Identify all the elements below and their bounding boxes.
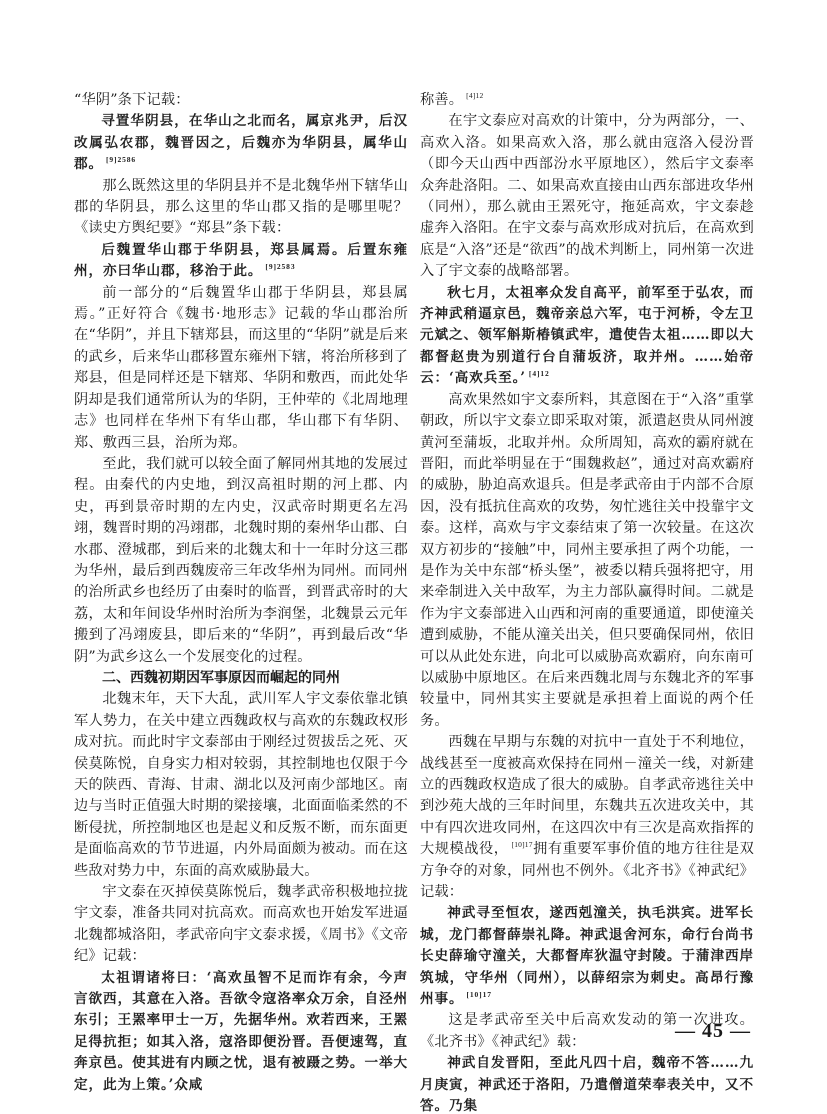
paragraph: 高欢果然如宇文泰所料，其意图在于“入洛”重掌朝政，所以宇文泰立即采取对策，派遣赵… <box>420 390 754 733</box>
block-quote: 秋七月，太祖率众发自高平，前军至于弘农，而齐神武稍逼京邑，魏帝亲总六军，屯于河桥… <box>420 283 754 390</box>
paragraph: 宇文泰在灭掉侯莫陈悦后，魏孝武帝积极地拉拢宇文泰，准备共同对抗高欢。而高欢也开始… <box>74 882 408 968</box>
block-quote: 寻置华阴县，在华山之北而名，属京兆尹，后汉改属弘农郡，魏晋因之，后魏亦为华阴县，… <box>74 111 408 175</box>
paragraph: “华阴”条下记载： <box>74 90 408 111</box>
paragraph: 西魏在早期与东魏的对抗中一直处于不利地位，战线甚至一度被高欢保持在同州－潼关一线… <box>420 732 754 903</box>
paragraph: 那么既然这里的华阴县并不是北魏华州下辖华山郡的华阴县，那么这里的华山郡又指的是哪… <box>74 176 408 240</box>
block-quote: 神武寻至恒农，遂西剋潼关，执毛洪宾。进军长城，龙门都督薛崇礼降。神武退舍河东，命… <box>420 903 754 1010</box>
citation-ref: [9]2583 <box>265 262 295 271</box>
block-quote: 神武自发晋阳，至此凡四十启，魏帝不答……九月庚寅，神武还于洛阳，乃遣僧道荣奉表关… <box>420 1053 754 1114</box>
citation-ref: [4]12 <box>529 369 550 378</box>
block-quote: 太祖谓诸将曰：‘高欢虽智不足而诈有余，今声言欲西，其意在入洛。吾欲令寇洛率众万余… <box>74 968 408 1096</box>
citation-ref: [9]2586 <box>106 155 136 164</box>
journal-page: “华阴”条下记载： 寻置华阴县，在华山之北而名，属京兆尹，后汉改属弘农郡，魏晋因… <box>0 0 827 1114</box>
paragraph: 至此，我们就可以较全面了解同州其地的发展过程。由秦代的内史地，到汉高祖时期的河上… <box>74 454 408 668</box>
section-heading: 二、西魏初期因军事原因而崛起的同州 <box>74 668 408 689</box>
left-column: “华阴”条下记载： 寻置华阴县，在华山之北而名，属京兆尹，后汉改属弘农郡，魏晋因… <box>74 90 408 1096</box>
citation-ref: [4]12 <box>466 91 483 100</box>
citation-ref: [10]17 <box>512 840 533 849</box>
block-quote: 后魏置华山郡于华阴县，郑县属焉。后置东雍州，亦曰华山郡，移治于此。[9]2583 <box>74 240 408 283</box>
page-number: — 45 — <box>675 1020 751 1043</box>
paragraph: 在宇文泰应对高欢的计策中，分为两部分，一、高欢入洛。如果高欢入洛，那么就由寇洛入… <box>420 111 754 282</box>
right-column: 称善。[4]12 在宇文泰应对高欢的计策中，分为两部分，一、高欢入洛。如果高欢入… <box>420 90 754 1114</box>
paragraph: 前一部分的“后魏置华山郡于华阴县，郑县属焉。”正好符合《魏书·地形志》记载的华山… <box>74 283 408 454</box>
quote-continuation: 称善。[4]12 <box>420 90 754 111</box>
citation-ref: [10]17 <box>466 990 491 999</box>
paragraph: 北魏末年，天下大乱，武川军人宇文泰依靠北镇军人势力，在关中建立西魏政权与高欢的东… <box>74 689 408 882</box>
